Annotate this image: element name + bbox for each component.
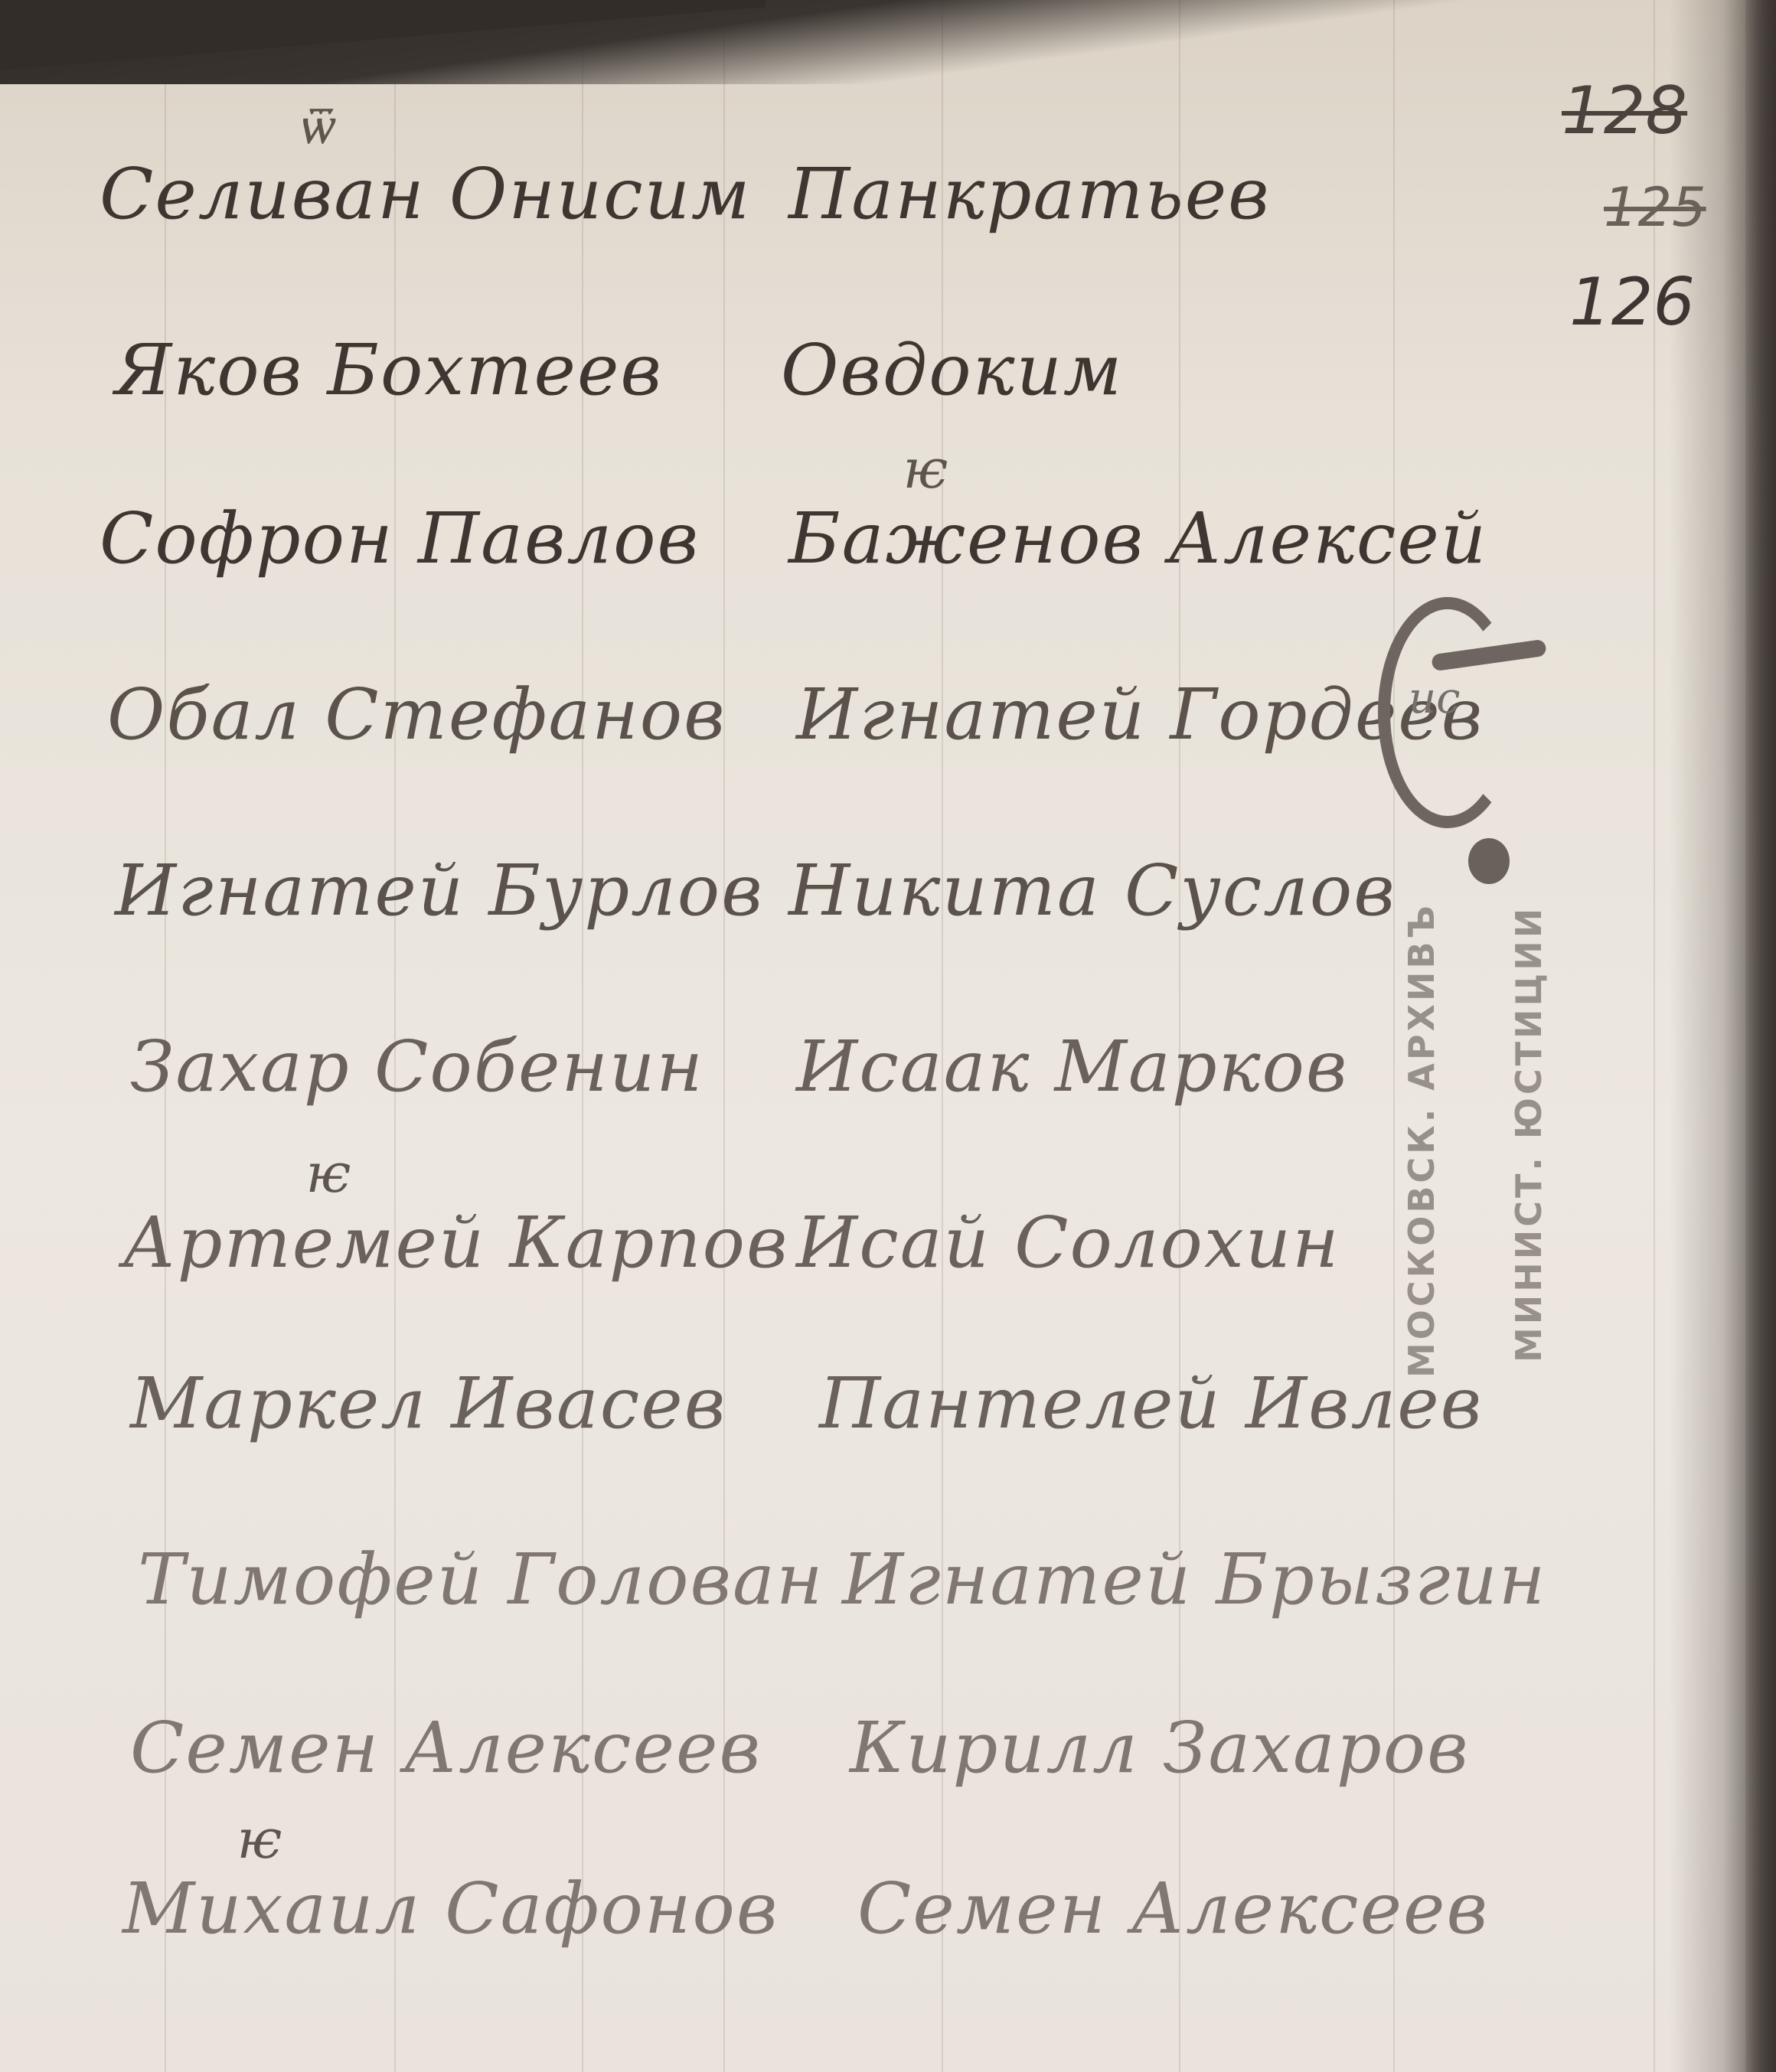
list-item: Софрон Павлов [100,498,700,579]
list-item: Михаил Сафонов ѥ [122,1868,779,1950]
entry-text: Панкратьев [788,153,1271,235]
entry-text: Кирилл Захаров [850,1707,1470,1789]
list-item: Пантелей Ивлев [819,1362,1483,1444]
superscript-letter: ѿ [299,93,335,157]
entry-text: Селиван Онисим [100,153,751,235]
folio-number-crossed: 128 [1562,73,1687,149]
entry-text: Исаак Марков [796,1026,1348,1108]
entry-text: Никита Суслов [788,850,1396,932]
list-item: Исай Солохин [796,1202,1340,1284]
entry-text: Захар Собенин [130,1026,704,1108]
right-edge-shadow [1745,0,1776,2072]
entry-text: Семен Алексеев [857,1868,1489,1950]
list-item: Яков Бохтеев [115,329,663,411]
entry-text: Игнатей Бурлов [115,850,764,932]
entry-text: Софрон Павлов [100,498,700,579]
ink-blot [1468,838,1510,884]
list-item: Овдоким [781,329,1123,411]
list-item: Тимофей Голован [138,1539,824,1620]
list-item: Селиван Онисим ѿ [100,153,751,235]
superscript-letter: ѥ [903,438,949,501]
list-item: Захар Собенин [130,1026,704,1108]
list-item: Панкратьев [788,153,1271,235]
superscript-letter: ѥ [306,1142,352,1205]
list-item: Игнатей Бурлов [115,850,764,932]
folio-number-crossed: 125 [1604,176,1706,239]
entry-text: Баженов Алексей [788,498,1487,579]
entry-text: Артемей Карпов [122,1202,789,1284]
entry-text: Маркел Ивасев [130,1362,726,1444]
marginal-initial-abbrev: ис [1409,674,1460,723]
list-item: Семен Алексеев [857,1868,1489,1950]
archive-stamp-line: МИНИСТ. ЮСТИЦИИ [1508,905,1549,1362]
list-item: Кирилл Захаров [850,1707,1470,1789]
list-item: Маркел Ивасев [130,1362,726,1444]
entry-text: Михаил Сафонов [122,1868,779,1950]
entry-text: Игнатей Брызгин [842,1539,1546,1620]
entry-text: Овдоким [781,329,1123,411]
list-item: Баженов Алексей ѥ [788,498,1487,579]
entry-text: Обал Стефанов [107,674,726,755]
list-item: Обал Стефанов [107,674,726,755]
entry-text: Яков Бохтеев [115,329,663,411]
list-item: Никита Суслов [788,850,1396,932]
list-item: Игнатей Брызгин [842,1539,1546,1620]
list-item: Семен Алексеев [130,1707,762,1789]
entry-text: Тимофей Голован [138,1539,824,1620]
list-item: Артемей Карпов ѥ [122,1202,789,1284]
archive-stamp-line: МОСКОВСК. АРХИВЪ [1401,902,1442,1378]
list-item: Исаак Марков [796,1026,1348,1108]
superscript-letter: ѥ [237,1808,283,1871]
entry-text: Пантелей Ивлев [819,1362,1483,1444]
manuscript-page: 128 125 126 Селиван Онисим ѿ Яков Бохтее… [0,0,1776,2072]
entry-text: Семен Алексеев [130,1707,762,1789]
folio-number: 126 [1569,264,1695,341]
entry-text: Исай Солохин [796,1202,1340,1284]
